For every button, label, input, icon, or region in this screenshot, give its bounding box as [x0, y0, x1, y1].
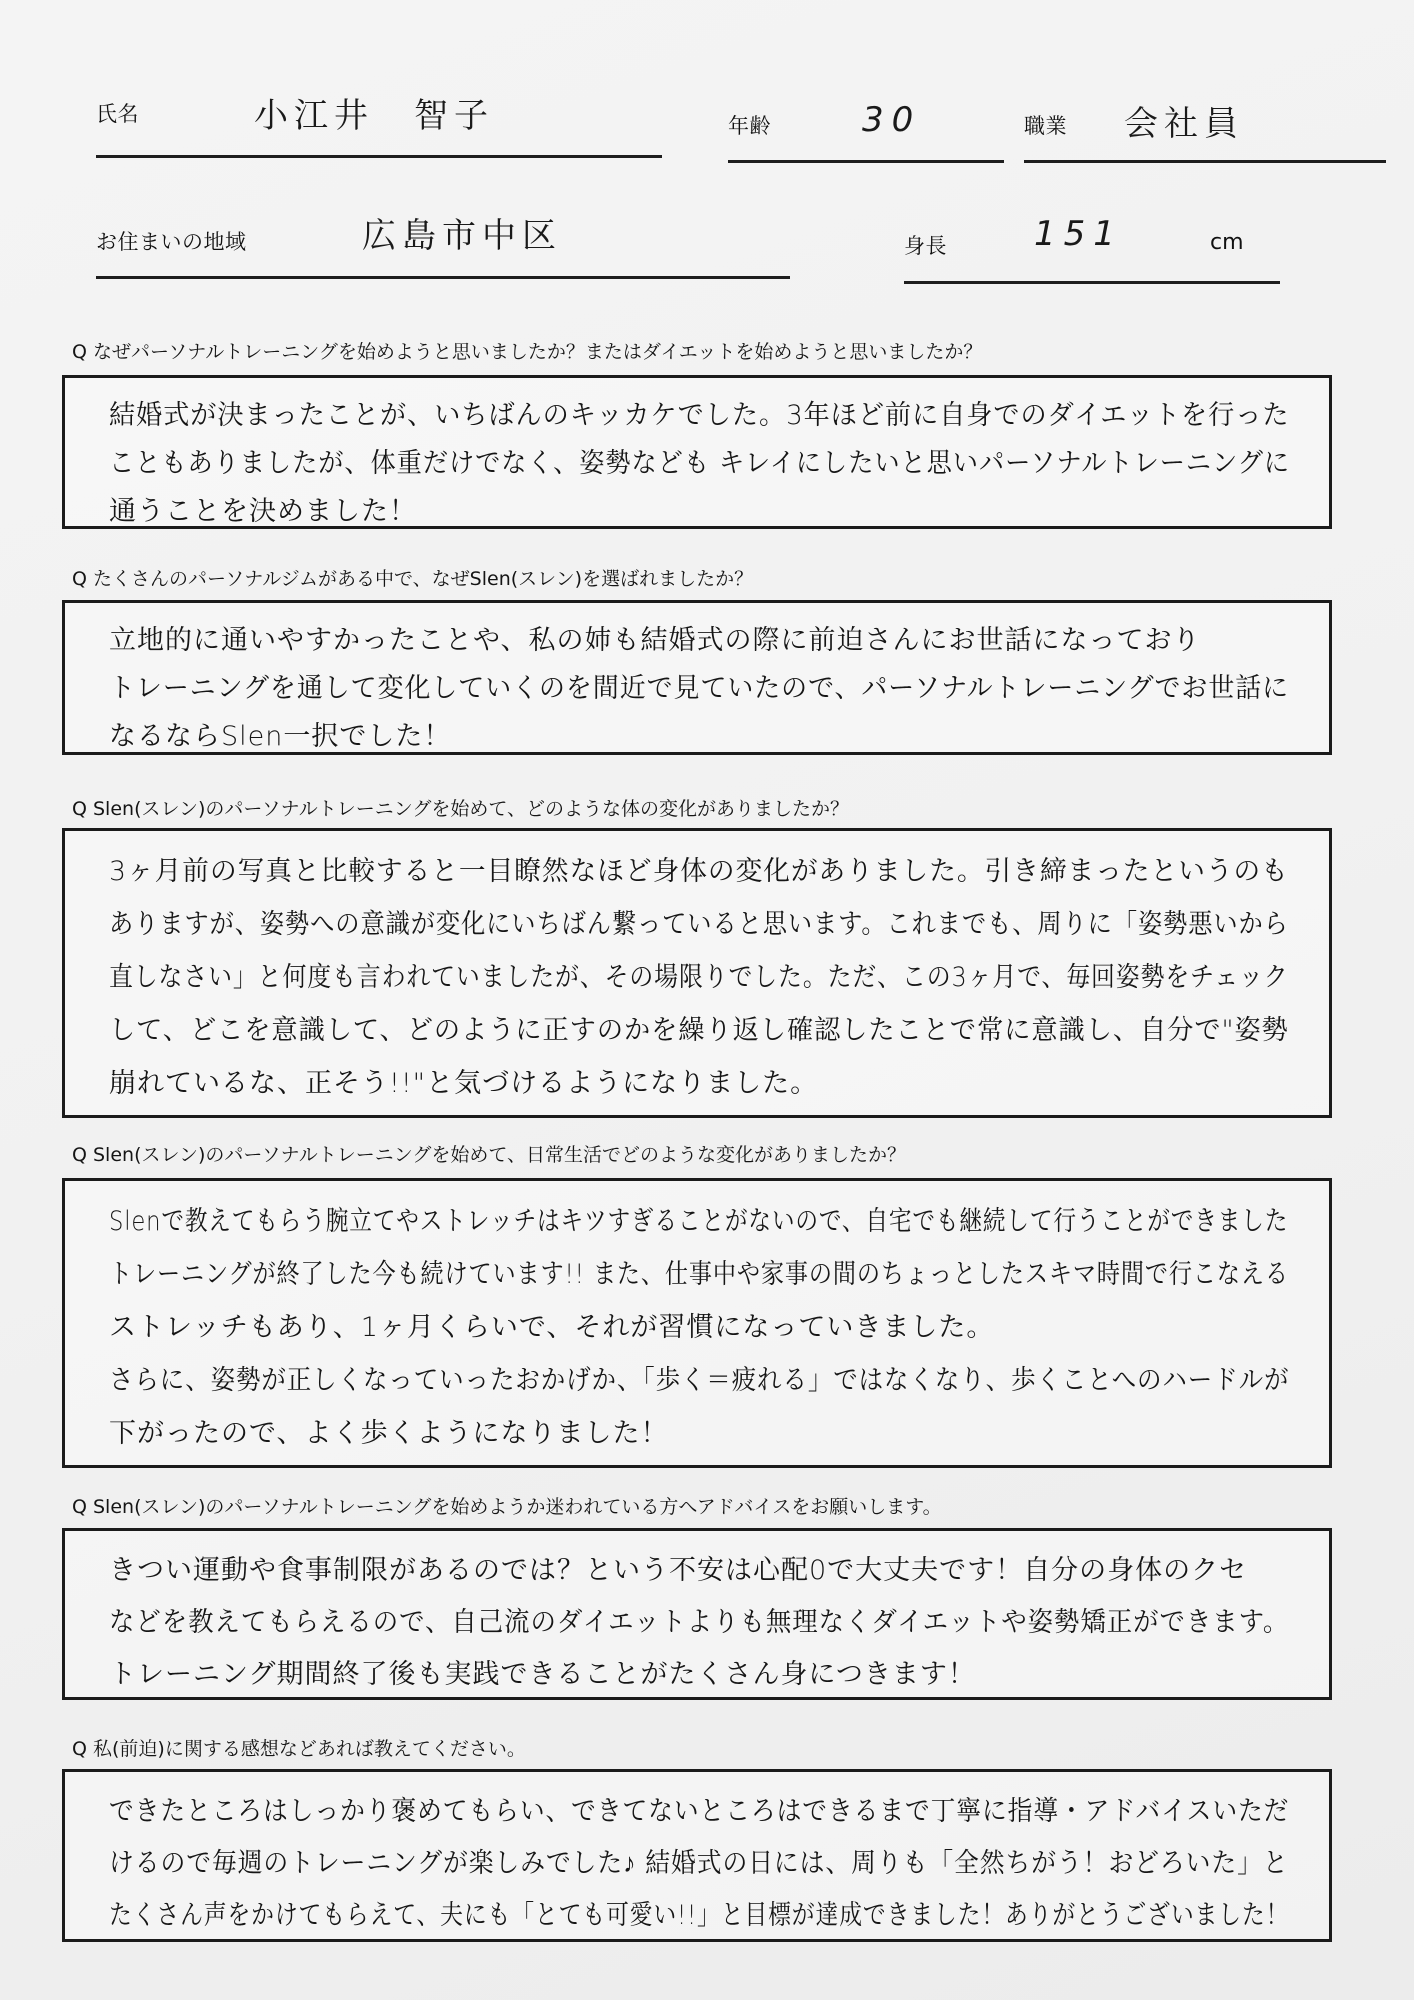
name-label: 氏名 — [96, 98, 139, 128]
area-label: お住まいの地域 — [96, 226, 247, 256]
answer-line: なるならSlen一択でした！ — [109, 713, 1289, 761]
answer-line: 立地的に通いやすかったことや、私の姉も結婚式の際に前迫さんにお世話になっており — [109, 617, 1289, 665]
answer-line: きつい運動や食事制限があるのでは？という不安は心配0で大丈夫です！自分の身体のク… — [109, 1545, 1289, 1597]
answer-line: 3ヶ月前の写真と比較すると一目瞭然なほど身体の変化がありました。引き締まったとい… — [109, 845, 1275, 898]
question-text: Q なぜパーソナルトレーニングを始めようと思いましたか？またはダイエットを始めよ… — [72, 337, 982, 364]
area-value: 広島市中区 — [362, 208, 562, 257]
age-value: 30 — [862, 100, 921, 140]
question-text: Q 私(前迫)に関する感想などあれば教えてください。 — [72, 1734, 526, 1761]
height-value: 151 — [1034, 214, 1123, 254]
height-unit: cm — [1210, 230, 1244, 255]
height-underline — [904, 281, 1280, 284]
answer-line: 結婚式が決まったことが、いちばんのキッカケでした。3年ほど前に自身でのダイエット… — [109, 392, 1251, 440]
occupation-value: 会社員 — [1124, 96, 1244, 145]
answer-line: トレーニングが終了した今も続けています!! また、仕事中や家事の間のちょっとした… — [109, 1248, 1120, 1301]
name-value: 小江井 智子 — [254, 88, 494, 137]
area-underline — [96, 276, 790, 279]
answer-line: けるので毎週のトレーニングが楽しみでした♪ 結婚式の日には、周りも「全然ちがう！… — [109, 1838, 1193, 1890]
answer-box: 立地的に通いやすかったことや、私の姉も結婚式の際に前迫さんにお世話になっており … — [62, 600, 1332, 755]
answer-line: 通うことを決めました！ — [109, 488, 1289, 536]
answer-line: できたところはしっかり褒めてもらい、できてないところはできるまで丁寧に指導・アド… — [109, 1786, 1191, 1838]
answer-line: して、どこを意識して、どのように正すのかを繰り返し確認したことで常に意識し、自分… — [109, 1004, 1254, 1057]
answer-line: 下がったので、よく歩くようになりました！ — [109, 1407, 1289, 1460]
answer-line: Slenで教えてもらう腕立てやストレッチはキツすぎることがないので、自宅でも継続… — [109, 1195, 1099, 1248]
age-label: 年齢 — [728, 110, 771, 140]
answer-box: 3ヶ月前の写真と比較すると一目瞭然なほど身体の変化がありました。引き締まったとい… — [62, 828, 1332, 1118]
answer-line: たくさん声をかけてもらえて、夫にも「とても可愛い!!」と目標が達成できました！あ… — [109, 1890, 1107, 1942]
answer-line: さらに、姿勢が正しくなっていったおかげか、「歩く＝疲れる」ではなくなり、歩くこと… — [109, 1354, 1179, 1407]
answer-box: きつい運動や食事制限があるのでは？という不安は心配0で大丈夫です！自分の身体のク… — [62, 1528, 1332, 1700]
answer-line: トレーニング期間終了後も実践できることがたくさん身につきます！ — [109, 1649, 1289, 1701]
answer-line: こともありましたが、体重だけでなく、姿勢なども キレイにしたいと思いパーソナルト… — [109, 440, 1211, 488]
occupation-underline — [1024, 160, 1386, 163]
answer-line: ストレッチもあり、1ヶ月くらいで、それが習慣になっていきました。 — [109, 1301, 1289, 1354]
answer-line: 直しなさい」と何度も言われていましたが、その場限りでした。ただ、この3ヶ月で、毎… — [109, 951, 1153, 1004]
age-underline — [728, 160, 1004, 163]
answer-box: Slenで教えてもらう腕立てやストレッチはキツすぎることがないので、自宅でも継続… — [62, 1178, 1332, 1468]
answer-line: などを教えてもらえるので、自己流のダイエットよりも無理なくダイエットや姿勢矯正が… — [109, 1597, 1221, 1649]
name-underline — [96, 155, 662, 158]
question-text: Q たくさんのパーソナルジムがある中で、なぜSlen(スレン)を選ばれましたか？ — [72, 564, 753, 591]
occupation-label: 職業 — [1024, 110, 1067, 140]
question-text: Q Slen(スレン)のパーソナルトレーニングを始めようか迷われている方へアドバ… — [72, 1492, 942, 1519]
answer-line: トレーニングを通して変化していくのを間近で見ていたので、パーソナルトレーニングで… — [109, 665, 1243, 713]
answer-box: できたところはしっかり褒めてもらい、できてないところはできるまで丁寧に指導・アド… — [62, 1769, 1332, 1942]
answer-line: 崩れているな、正そう!!"と気づけるようになりました。 — [109, 1057, 1289, 1110]
question-text: Q Slen(スレン)のパーソナルトレーニングを始めて、どのような体の変化があり… — [72, 794, 849, 821]
answer-line: ありますが、姿勢への意識が変化にいちばん繋っていると思います。これまでも、周りに… — [109, 898, 1169, 951]
answer-box: 結婚式が決まったことが、いちばんのキッカケでした。3年ほど前に自身でのダイエット… — [62, 375, 1332, 529]
question-text: Q Slen(スレン)のパーソナルトレーニングを始めて、日常生活でどのような変化… — [72, 1140, 906, 1167]
height-label: 身長 — [904, 230, 947, 260]
